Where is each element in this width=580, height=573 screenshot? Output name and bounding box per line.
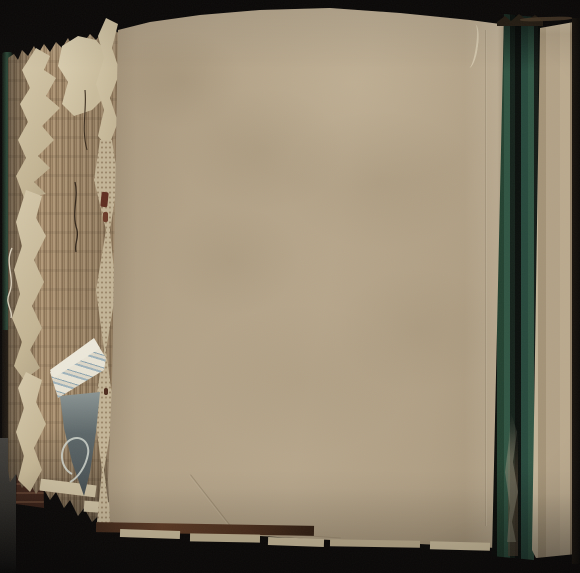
bottom-paper-bit <box>268 537 324 547</box>
bottom-paper-bit <box>330 539 420 548</box>
bottom-paper-bit <box>120 529 180 539</box>
stain-mark <box>103 212 108 222</box>
blank-page <box>95 6 510 554</box>
frayed-thread-wisp <box>520 16 572 22</box>
right-board-edge <box>572 18 580 564</box>
book-photograph <box>0 0 580 573</box>
page-crease-vertical <box>485 30 487 526</box>
stain-mark <box>104 388 108 395</box>
bottom-paper-bit <box>430 541 490 551</box>
bottom-paper-bit <box>190 533 260 542</box>
